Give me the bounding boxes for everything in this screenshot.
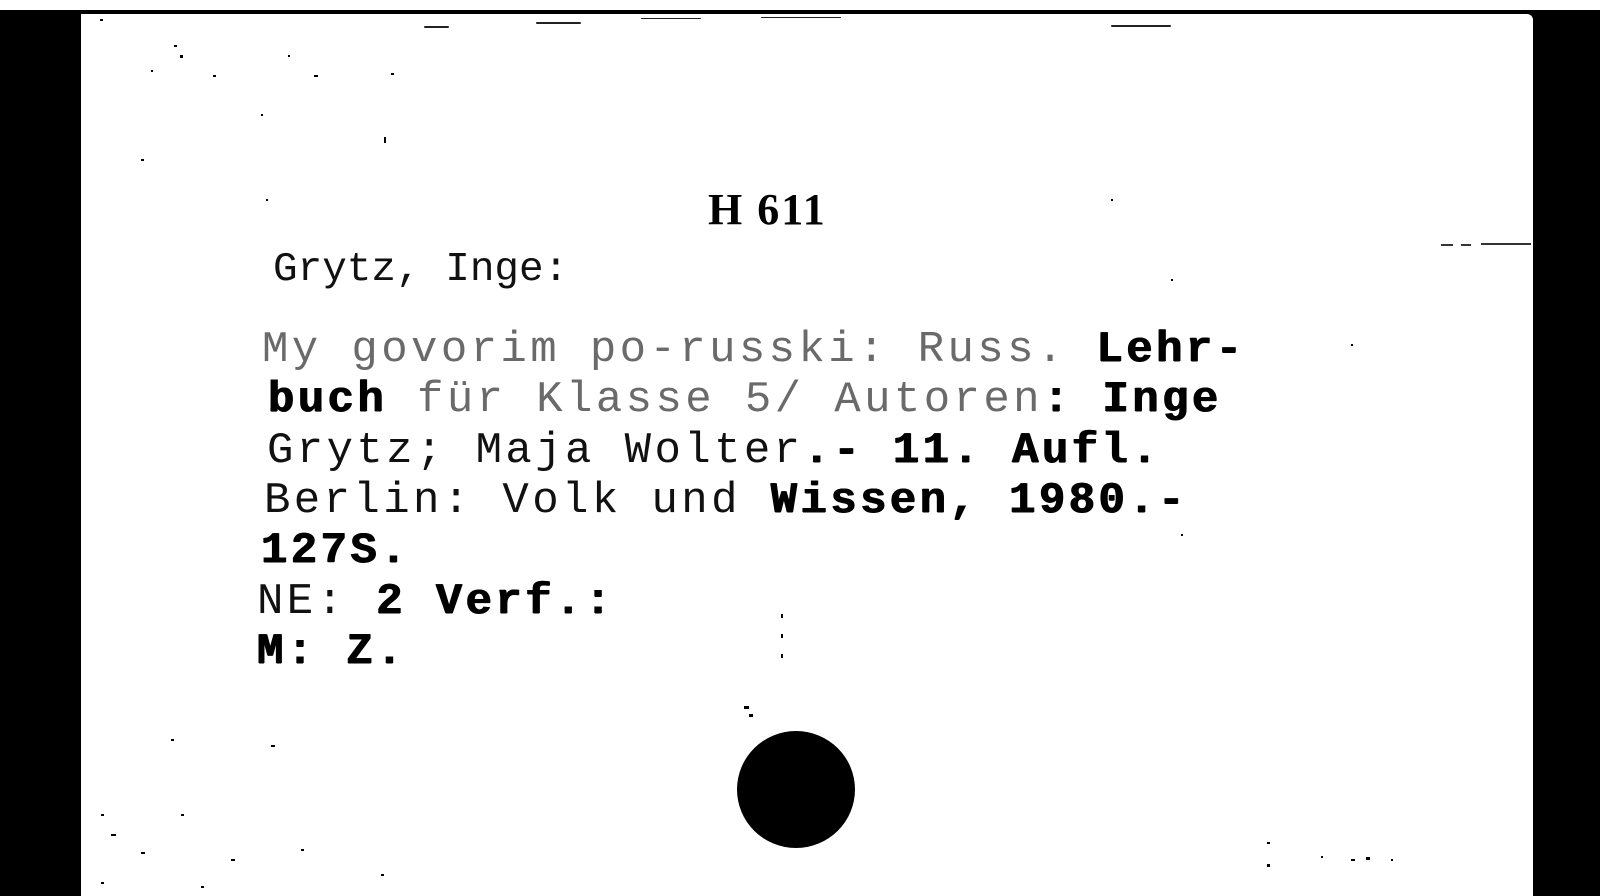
dust-speck	[781, 654, 783, 658]
dust-speck	[231, 859, 235, 861]
bibliographic-line-title: My govorim po-russki: Russ. Lehr-	[262, 328, 1246, 372]
card-scuff	[641, 18, 701, 19]
text-segment: .- 11. Aufl.	[803, 426, 1161, 476]
dust-speck	[314, 75, 318, 77]
dust-speck	[271, 745, 275, 747]
dust-speck	[100, 19, 103, 21]
dust-speck	[141, 852, 145, 854]
text-segment: buch	[268, 375, 417, 425]
dust-speck	[381, 874, 384, 876]
dust-speck	[384, 137, 386, 143]
dust-speck	[301, 849, 304, 851]
bibliographic-line-pages: 127S.	[261, 529, 410, 573]
dust-speck	[749, 714, 753, 717]
dust-speck	[391, 73, 394, 75]
dust-speck	[266, 199, 268, 201]
text-segment: NE:	[257, 577, 376, 627]
dust-speck	[1321, 856, 1323, 858]
card-scuff	[1111, 25, 1171, 27]
dust-speck	[141, 159, 144, 161]
text-segment: 2 Verf.:	[376, 577, 614, 627]
scan-top-margin	[0, 0, 1600, 10]
dust-speck	[174, 45, 177, 47]
dust-speck	[171, 739, 174, 741]
dust-speck	[1111, 199, 1113, 201]
dust-speck	[1391, 859, 1393, 861]
bibliographic-line-added-entries: NE: 2 Verf.:	[257, 580, 615, 624]
dust-speck	[101, 882, 104, 884]
dust-speck	[781, 614, 783, 618]
bibliographic-line-imprint: Berlin: Volk und Wissen, 1980.-	[264, 479, 1188, 523]
edge-mark	[1461, 244, 1471, 246]
text-segment: Wissen, 1980.-	[771, 476, 1188, 526]
text-segment: My govorim po-russki: Russ.	[262, 325, 1097, 375]
dust-speck	[261, 114, 263, 116]
text-segment: Grytz; Maja Wolter	[267, 426, 803, 476]
dust-speck	[1366, 857, 1370, 860]
dust-speck	[213, 75, 216, 77]
dust-speck	[1181, 534, 1183, 536]
dust-speck	[781, 634, 783, 638]
card-scuff	[761, 17, 841, 18]
dust-speck	[288, 55, 290, 57]
dust-speck	[151, 70, 153, 72]
dust-speck	[1267, 842, 1270, 844]
text-segment: Berlin: Volk und	[264, 476, 771, 526]
text-segment: für Klasse 5/ Autoren	[417, 375, 1043, 425]
card-scuff	[424, 26, 449, 28]
dust-speck	[111, 834, 116, 836]
bibliographic-line-notes: M: Z.	[257, 630, 406, 674]
dust-speck	[1267, 864, 1270, 867]
text-segment: M: Z.	[257, 627, 406, 677]
edge-mark	[1481, 243, 1531, 245]
punch-hole	[737, 731, 855, 848]
card-scuff	[536, 22, 581, 24]
scan-viewport: H 611 Grytz, Inge: My govorim po-russki:…	[0, 0, 1600, 896]
dust-speck	[101, 814, 104, 816]
edge-mark	[1441, 244, 1453, 246]
dust-speck	[1351, 344, 1353, 346]
dust-speck	[1171, 279, 1173, 281]
dust-speck	[1351, 859, 1355, 861]
text-segment: : Inge	[1043, 375, 1222, 425]
bibliographic-line-subtitle: buch für Klasse 5/ Autoren: Inge	[268, 378, 1222, 422]
catalog-card: H 611 Grytz, Inge: My govorim po-russki:…	[81, 14, 1533, 896]
author-heading: Grytz, Inge:	[273, 250, 568, 291]
text-segment: 127S.	[261, 526, 410, 576]
call-number: H 611	[708, 188, 827, 232]
dust-speck	[201, 886, 204, 888]
dust-speck	[180, 55, 183, 58]
dust-speck	[744, 706, 749, 709]
bibliographic-line-authors: Grytz; Maja Wolter.- 11. Aufl.	[267, 429, 1161, 473]
dust-speck	[181, 814, 184, 816]
text-segment: Lehr-	[1097, 325, 1246, 375]
